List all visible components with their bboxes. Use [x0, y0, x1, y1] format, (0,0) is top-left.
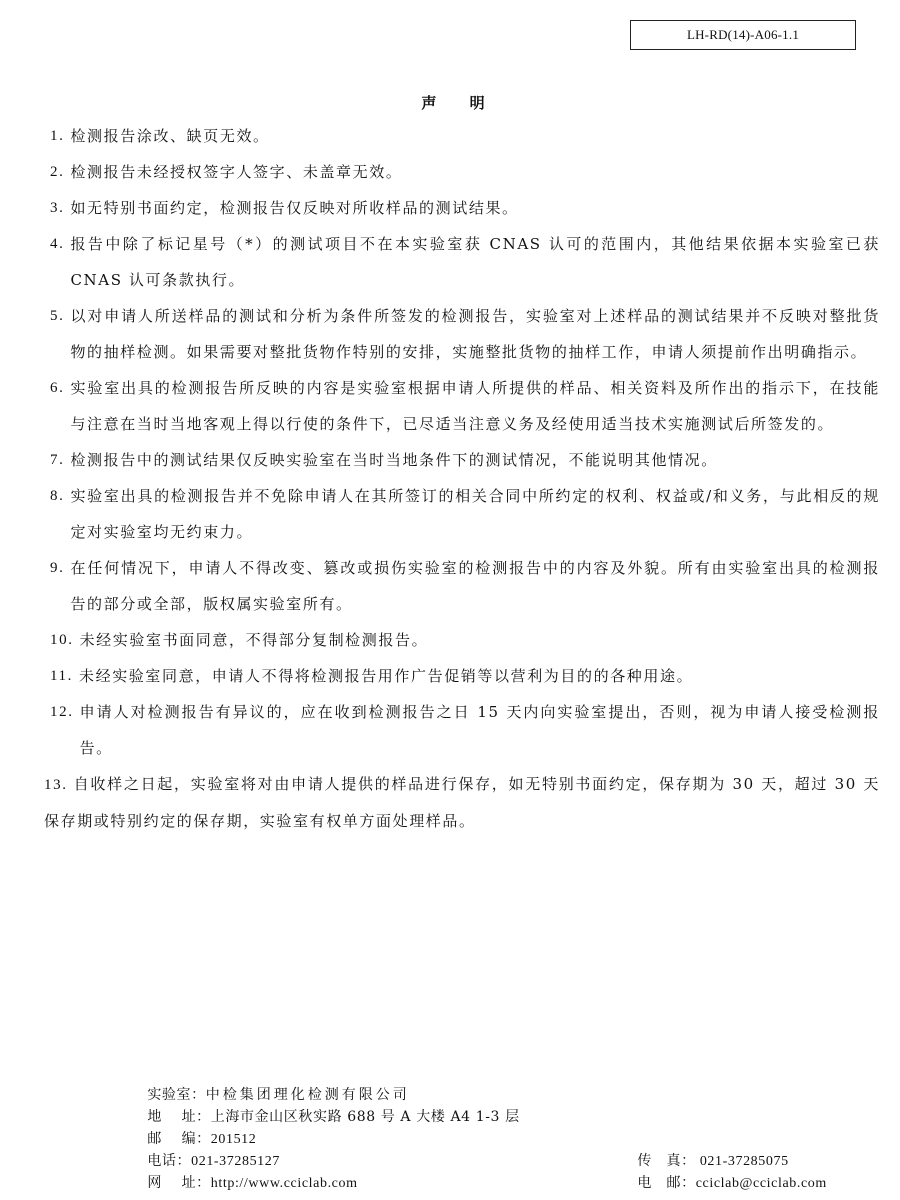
lab-contact-footer: 实验室：中检集团理化检测有限公司 地 址：上海市金山区秋实路 688 号 A 大… — [117, 1062, 837, 1172]
footer-row-phone-fax: 电话：021-37285127 传 真： 021-37285075 — [117, 1128, 837, 1150]
clause-12: 12. 申请人对检测报告有异议的，应在收到检测报告之日 15 天内向实验室提出，… — [50, 694, 880, 766]
website-link[interactable]: http://www.cciclab.com — [211, 1176, 358, 1191]
clause-text: 申请人对检测报告有异议的，应在收到检测报告之日 15 天内向实验室提出，否则，视… — [80, 694, 880, 766]
clause-number: 2. — [50, 154, 64, 190]
clause-number: 1. — [50, 118, 64, 154]
clause-text: 如无特别书面约定，检测报告仅反映对所收样品的测试结果。 — [70, 190, 880, 226]
clause-4: 4. 报告中除了标记星号（*）的测试项目不在本实验室获 CNAS 认可的范围内，… — [50, 226, 880, 298]
clause-13: 13.自收样之日起，实验室将对由申请人提供的样品进行保存，如无特别书面约定，保存… — [44, 766, 880, 839]
clause-text: 检测报告未经授权签字人签字、未盖章无效。 — [70, 154, 880, 190]
clause-text: 自收样之日起，实验室将对由申请人提供的样品进行保存，如无特别书面约定，保存期为 … — [44, 775, 880, 830]
clause-8: 8. 实验室出具的检测报告并不免除申请人在其所签订的相关合同中所约定的权利、权益… — [50, 478, 880, 550]
clause-10: 10. 未经实验室书面同意，不得部分复制检测报告。 — [50, 622, 880, 658]
address-value: 上海市金山区秋实路 688 号 A 大楼 A4 1-3 层 — [211, 1109, 520, 1125]
footer-row-lab: 实验室：中检集团理化检测有限公司 — [117, 1062, 837, 1084]
clause-9: 9. 在任何情况下，申请人不得改变、篡改或损伤实验室的检测报告中的内容及外貌。所… — [50, 550, 880, 622]
clause-number: 13. — [44, 777, 68, 793]
footer-row-address: 地 址：上海市金山区秋实路 688 号 A 大楼 A4 1-3 层 — [117, 1084, 837, 1106]
clause-11: 11. 未经实验室同意，申请人不得将检测报告用作广告促销等以营利为目的的各种用途… — [50, 658, 880, 694]
clause-number: 3. — [50, 190, 64, 226]
clause-number: 5. — [50, 298, 64, 370]
clause-number: 12. — [50, 694, 74, 766]
clause-number: 7. — [50, 442, 64, 478]
page-title: 声 明 — [0, 92, 900, 113]
clause-text: 报告中除了标记星号（*）的测试项目不在本实验室获 CNAS 认可的范围内，其他结… — [70, 226, 880, 298]
clause-text: 实验室出具的检测报告所反映的内容是实验室根据申请人所提供的样品、相关资料及所作出… — [70, 370, 880, 442]
declaration-clauses: 1. 检测报告涂改、缺页无效。 2. 检测报告未经授权签字人签字、未盖章无效。 … — [50, 118, 880, 839]
document-code: LH-RD(14)-A06-1.1 — [687, 27, 799, 43]
clause-7: 7. 检测报告中的测试结果仅反映实验室在当时当地条件下的测试情况，不能说明其他情… — [50, 442, 880, 478]
clause-text: 检测报告涂改、缺页无效。 — [70, 118, 880, 154]
clause-text: 以对申请人所送样品的测试和分析为条件所签发的检测报告，实验室对上述样品的测试结果… — [70, 298, 880, 370]
clause-number: 6. — [50, 370, 64, 442]
clause-6: 6. 实验室出具的检测报告所反映的内容是实验室根据申请人所提供的样品、相关资料及… — [50, 370, 880, 442]
clause-2: 2. 检测报告未经授权签字人签字、未盖章无效。 — [50, 154, 880, 190]
clause-text: 在任何情况下，申请人不得改变、篡改或损伤实验室的检测报告中的内容及外貌。所有由实… — [70, 550, 880, 622]
clause-1: 1. 检测报告涂改、缺页无效。 — [50, 118, 880, 154]
document-code-box: LH-RD(14)-A06-1.1 — [630, 20, 856, 50]
clause-text: 未经实验室书面同意，不得部分复制检测报告。 — [80, 622, 880, 658]
clause-number: 10. — [50, 622, 74, 658]
website-label: 网 址： — [147, 1175, 210, 1191]
clause-5: 5. 以对申请人所送样品的测试和分析为条件所签发的检测报告，实验室对上述样品的测… — [50, 298, 880, 370]
clause-number: 11. — [50, 658, 73, 694]
footer-row-website-email: 网 址：http://www.cciclab.com 电 邮：cciclab@c… — [117, 1150, 837, 1172]
clause-text: 实验室出具的检测报告并不免除申请人在其所签订的相关合同中所约定的权利、权益或/和… — [70, 478, 880, 550]
clause-text: 未经实验室同意，申请人不得将检测报告用作广告促销等以营利为目的的各种用途。 — [79, 658, 880, 694]
clause-number: 8. — [50, 478, 64, 550]
clause-3: 3. 如无特别书面约定，检测报告仅反映对所收样品的测试结果。 — [50, 190, 880, 226]
clause-number: 4. — [50, 226, 64, 298]
clause-text: 检测报告中的测试结果仅反映实验室在当时当地条件下的测试情况，不能说明其他情况。 — [70, 442, 880, 478]
email-link[interactable]: cciclab@cciclab.com — [696, 1176, 827, 1191]
clause-number: 9. — [50, 550, 64, 622]
email-label: 电 邮： — [637, 1175, 695, 1191]
